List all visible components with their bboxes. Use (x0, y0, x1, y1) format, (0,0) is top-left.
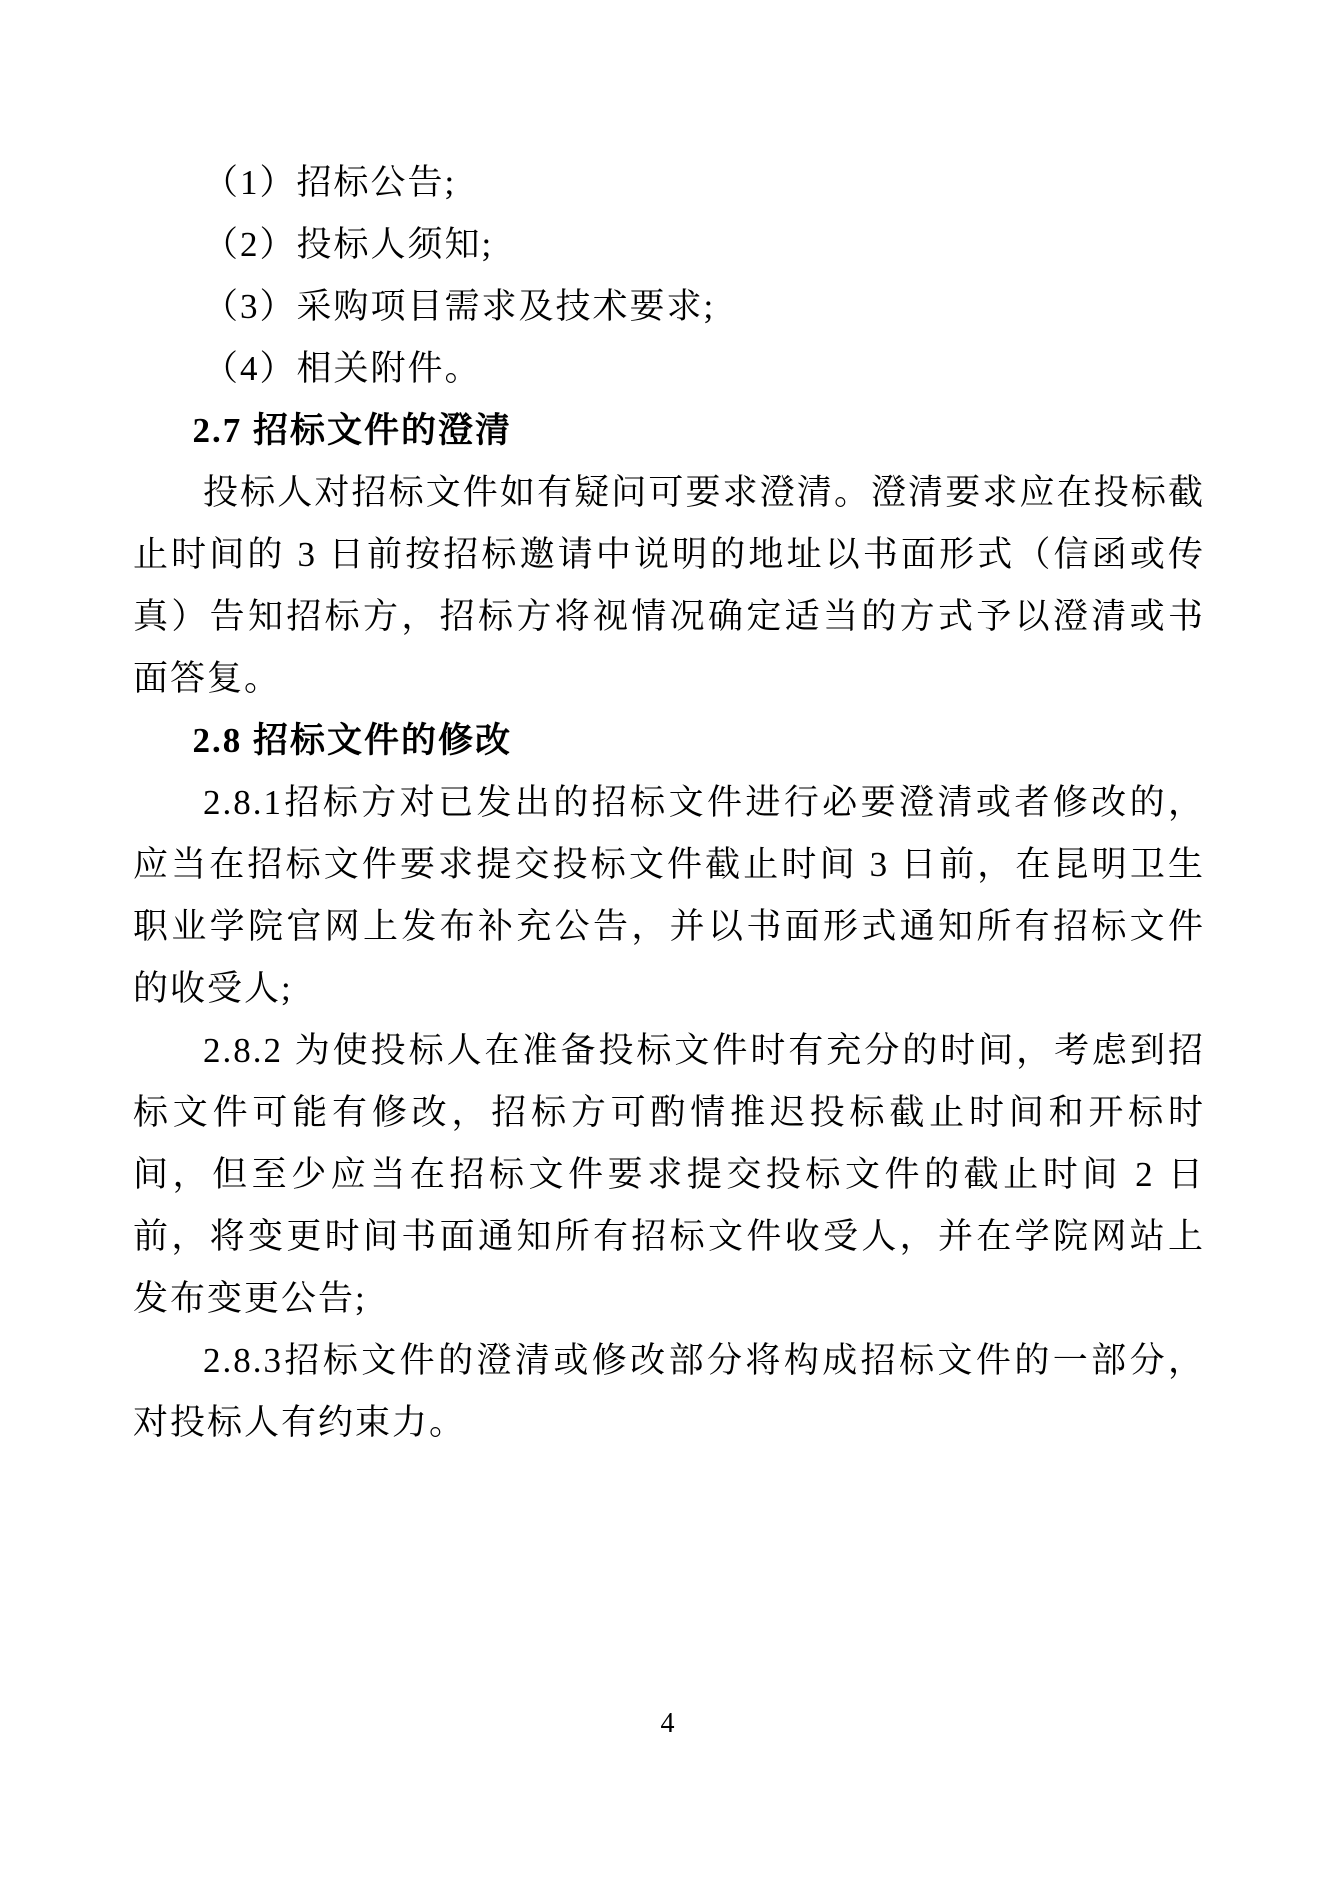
paragraph-2-7-body: 投标人对招标文件如有疑问可要求澄清。澄清要求应在投标截止时间的 3 日前按招标邀… (133, 462, 1205, 710)
document-page: （1）招标公告; （2）投标人须知; （3）采购项目需求及技术要求; （4）相关… (0, 0, 1335, 1891)
paragraph-2-8-1: 2.8.1招标方对已发出的招标文件进行必要澄清或者修改的，应当在招标文件要求提交… (133, 772, 1205, 1020)
paragraph-2-8-2: 2.8.2 为使投标人在准备投标文件时有充分的时间，考虑到招标文件可能有修改，招… (133, 1020, 1205, 1330)
list-item-1: （1）招标公告; (133, 152, 1205, 214)
list-item-3: （3）采购项目需求及技术要求; (133, 276, 1205, 338)
document-body: （1）招标公告; （2）投标人须知; （3）采购项目需求及技术要求; （4）相关… (133, 152, 1205, 1454)
list-item-2: （2）投标人须知; (133, 214, 1205, 276)
section-heading-2-8: 2.8 招标文件的修改 (133, 710, 1205, 772)
section-heading-2-7: 2.7 招标文件的澄清 (133, 400, 1205, 462)
paragraph-2-8-3: 2.8.3招标文件的澄清或修改部分将构成招标文件的一部分，对投标人有约束力。 (133, 1330, 1205, 1454)
page-number: 4 (0, 1705, 1335, 1743)
list-item-4: （4）相关附件。 (133, 338, 1205, 400)
